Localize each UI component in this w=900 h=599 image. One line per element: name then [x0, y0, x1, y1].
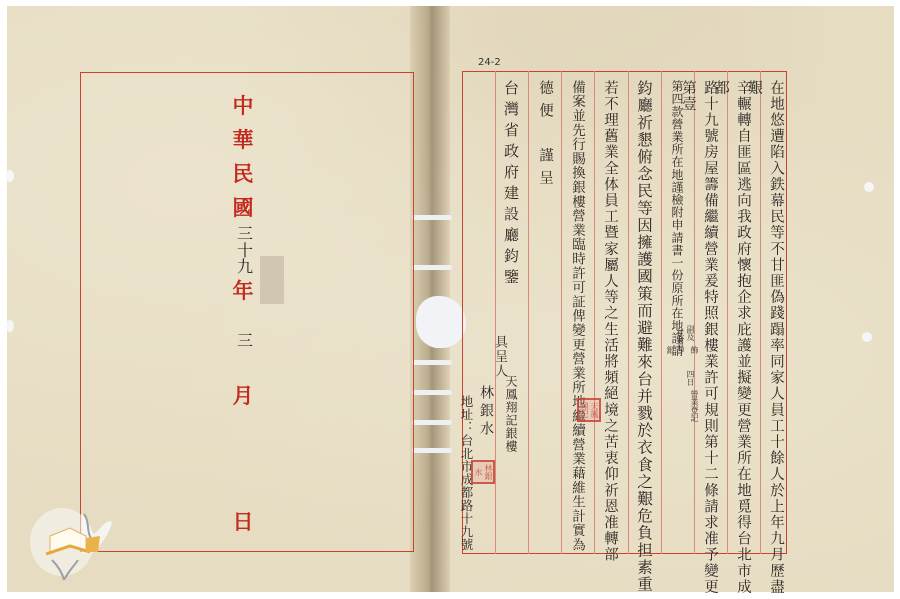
day-label: 日: [231, 511, 255, 532]
punch-hole: [6, 170, 14, 182]
binding-stitch-hole: [412, 265, 452, 270]
column-rule: [528, 71, 529, 554]
annotation-note: 飾: [690, 346, 699, 354]
month-label: 月: [231, 385, 255, 406]
column-rule: [628, 71, 629, 554]
text-column-8: 德便 謹呈: [534, 80, 556, 193]
column-rule: [694, 71, 695, 554]
column-rule: [727, 71, 728, 554]
annotation-note: 銀: [666, 346, 675, 354]
year-label: 年: [231, 280, 255, 301]
text-column-6: 若不理舊業全体員工暨家屬人等之生活將頻絕境之苦衷仰祈恩准轉部: [599, 80, 621, 563]
annotation-note: 副及: [686, 325, 695, 341]
column-rule: [760, 71, 761, 554]
year-digit-jiu: 九: [233, 259, 257, 275]
column-rule: [561, 71, 562, 554]
binding-stitch-hole: [412, 360, 452, 365]
punch-hole: [6, 320, 14, 332]
annotation-note: 四日: [686, 370, 695, 386]
column-rule: [495, 71, 496, 554]
text-column-2: 辛輾轉自匪區逃向我政府懷抱企求庇護並擬變更營業所在地覓得台北市成都: [732, 80, 754, 599]
text-column-4: 第四款營業所在地謹檢附申請書一份原所在地謹請: [666, 80, 688, 357]
page-number: 24-2: [478, 57, 501, 68]
year-digit-san: 三: [233, 226, 257, 242]
date-char-guo: 國: [231, 197, 255, 218]
column-rule: [594, 71, 595, 554]
month-value: 三: [233, 333, 257, 349]
date-char-min: 民: [231, 163, 255, 184]
text-column-5: 鈞廳祈懇俯念民等因擁護國策而避難來台并戮於衣食之艱危負担素重: [633, 80, 655, 593]
company-name: 天鳳翔記銀樓: [500, 375, 522, 453]
text-column-9: 台灣省政府建設廳鈞鑒: [500, 80, 522, 290]
binding-stitch-hole: [412, 390, 452, 395]
annotation-note: 營業登記: [690, 390, 699, 422]
text-column-7: 備案並先行賜換銀樓營業臨時許可証俾變更營業所地繼續營業藉維生計實為: [566, 80, 588, 552]
text-column-3: 路十九號房屋籌備繼續營業爰特照銀樓業許可規則第十二條請求准予變更第壹: [699, 80, 721, 599]
annotation-note: 社會局: [676, 328, 685, 352]
punch-hole: [862, 332, 872, 342]
date-char-zhong: 中: [231, 95, 255, 116]
column-rule: [661, 71, 662, 554]
petitioner-name: 林銀水: [475, 385, 497, 439]
punch-hole: [864, 182, 874, 192]
personal-seal: 林銀水: [471, 460, 495, 484]
text-column-1: 在地悠遭陷入鉄幕民等不甘匪偽踐蹋率同家人員工十餘人於上年九月歷盡艱: [765, 80, 787, 599]
petitioner-label: 具呈人: [488, 335, 510, 379]
taiwan-map-open-book-logo: [20, 500, 120, 580]
binding-stitch-hole: [412, 215, 452, 220]
date-char-hua: 華: [231, 129, 255, 150]
binding-stitch-hole: [412, 448, 452, 453]
torn-paper-area: [416, 296, 466, 348]
binding-stitch-hole: [412, 420, 452, 425]
company-seal: 天鳳翔記: [577, 398, 601, 422]
tape-mark: [260, 256, 284, 304]
